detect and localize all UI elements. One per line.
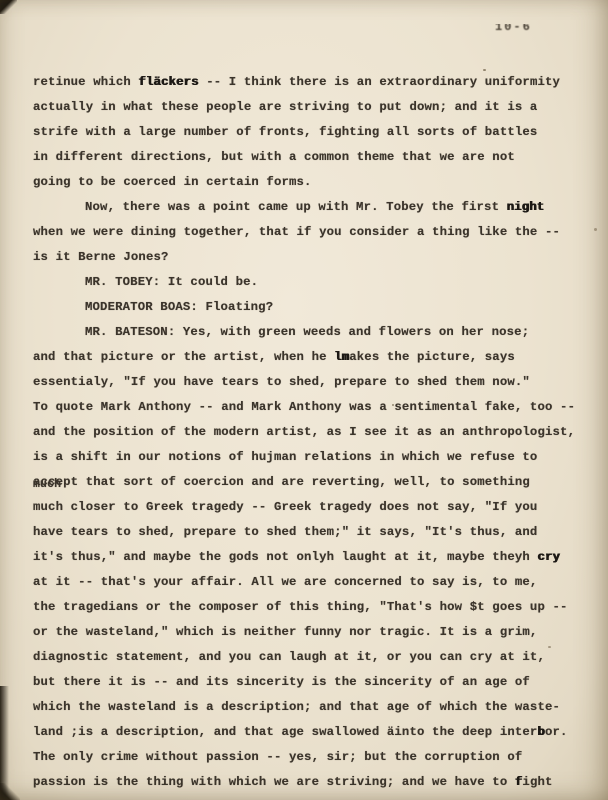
text-line: in different directions, but with a comm… [33, 145, 593, 170]
text-line: it's thus," and maybe the gods not onlyh… [33, 545, 593, 570]
text-line: and the position of the modern artist, a… [33, 420, 593, 445]
scan-corner-artifact-top-left [0, 0, 17, 14]
page-number: 10-6 [495, 24, 532, 37]
text-line: at it -- that's your affair. All we are … [33, 570, 593, 595]
text-line: passion is the thing with which we are s… [33, 770, 593, 795]
text-line: but there it is -- and its sincerity is … [33, 670, 593, 695]
text-line: MR. BATESON: Yes, with green weeds and f… [33, 320, 593, 345]
text-line: MR. TOBEY: It could be. [33, 270, 593, 295]
text-line: going to be coerced in certain forms. [33, 170, 593, 195]
text-line: Now, there was a point came up with Mr. … [33, 195, 593, 220]
text-line: accept that sort of coercion and are rev… [33, 470, 593, 495]
text-line: diagnostic statement, and you can laugh … [33, 645, 593, 670]
text-line: The only crime without passion -- yes, s… [33, 745, 593, 770]
text-line: strife with a large number of fronts, fi… [33, 120, 593, 145]
text-line: MODERATOR BOAS: Floating? [33, 295, 593, 320]
text-line: is a shift in our notions of hujman rela… [33, 445, 593, 470]
text-line: and that picture or the artist, when he … [33, 345, 593, 370]
text-line: retinue which fläckers -- I think there … [33, 70, 593, 95]
text-line: have tears to shed, prepare to shed them… [33, 520, 593, 545]
text-line: actually in what these people are strivi… [33, 95, 593, 120]
text-line: which the wasteland is a description; an… [33, 695, 593, 720]
text-line: much closer to Greek tragedy -- Greek tr… [33, 495, 593, 520]
scan-speck [594, 228, 597, 231]
scan-corner-artifact-bottom-left [0, 783, 20, 800]
text-line: essentialy, "If you have tears to shed, … [33, 370, 593, 395]
text-line: is it Berne Jones? [33, 245, 593, 270]
text-line: To quote Mark Anthony -- and Mark Anthon… [33, 395, 593, 420]
text-line: land ;is a description, and that age swa… [33, 720, 593, 745]
text-line: when we were dining together, that if yo… [33, 220, 593, 245]
text-line: the tragedians or the composer of this t… [33, 595, 593, 620]
scanned-document-page: 10-6 retinue which fläckers -- I think t… [0, 0, 608, 800]
document-lines: retinue which fläckers -- I think there … [33, 70, 593, 795]
text-line: or the wasteland," which is neither funn… [33, 620, 593, 645]
